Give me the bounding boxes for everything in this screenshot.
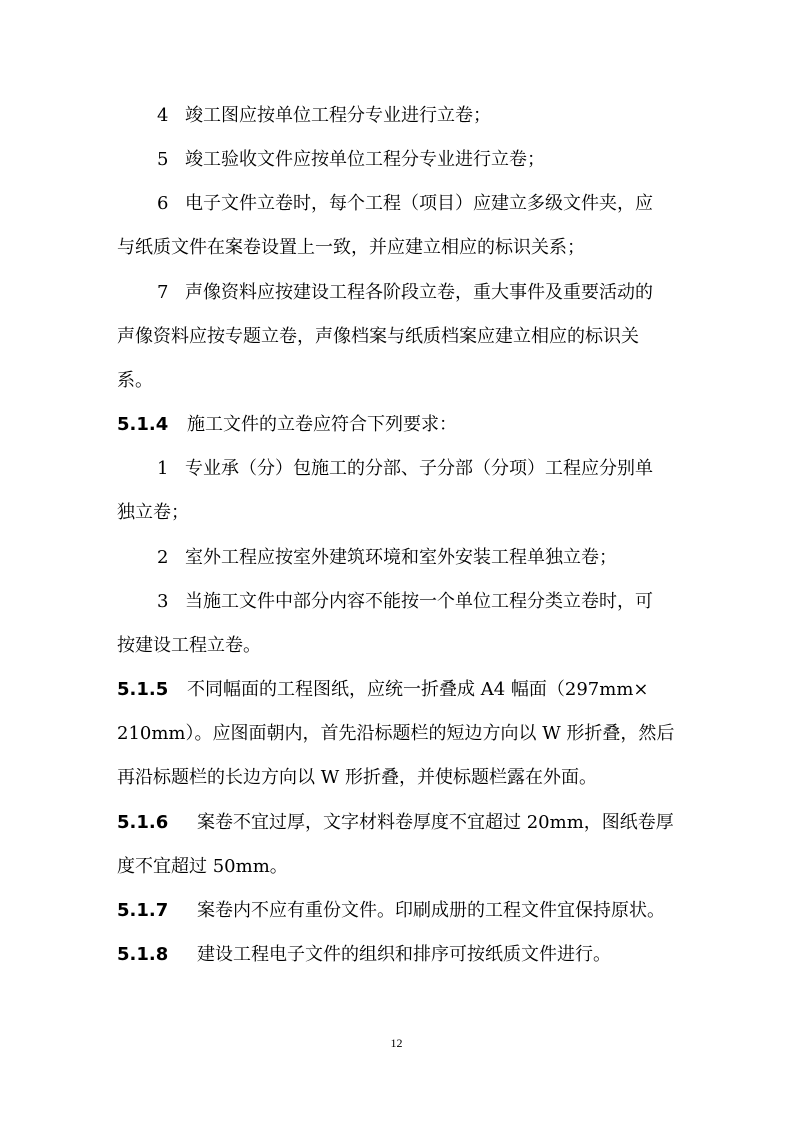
- item-number: 6: [157, 192, 185, 216]
- list-item-6-cont: 与纸质文件在案卷设置上一致，并应建立相应的标识关系；: [117, 236, 585, 260]
- item-text: 竣工验收文件应按单位工程分专业进行立卷；: [185, 149, 545, 170]
- section-5-1-6: 5.1.6案卷不宜过厚，文字材料卷厚度不宜超过 20mm，图纸卷厚: [117, 811, 674, 835]
- list-item-1: 1专业承（分）包施工的分部、子分部（分项）工程应分别单: [157, 457, 653, 481]
- list-item-6: 6电子文件立卷时，每个工程（项目）应建立多级文件夹，应: [157, 192, 653, 216]
- list-item-4: 4竣工图应按单位工程分专业进行立卷；: [157, 104, 491, 128]
- list-item-7-cont: 声像资料应按专题立卷，声像档案与纸质档案应建立相应的标识关: [117, 325, 639, 349]
- section-text: 不同幅面的工程图纸，应统一折叠成 A4 幅面（297mm×: [187, 679, 648, 700]
- item-text: 专业承（分）包施工的分部、子分部（分项）工程应分别单: [185, 458, 653, 479]
- section-text: 建设工程电子文件的组织和排序可按纸质文件进行。: [197, 944, 611, 965]
- item-text: 声像资料应按建设工程各阶段立卷，重大事件及重要活动的: [185, 282, 653, 303]
- list-item-3: 3当施工文件中部分内容不能按一个单位工程分类立卷时，可: [157, 590, 653, 614]
- section-text: 施工文件的立卷应符合下列要求：: [187, 414, 457, 435]
- item-text: 竣工图应按单位工程分专业进行立卷；: [185, 105, 491, 126]
- section-5-1-7: 5.1.7案卷内不应有重份文件。印刷成册的工程文件宜保持原状。: [117, 899, 665, 923]
- section-text: 案卷内不应有重份文件。印刷成册的工程文件宜保持原状。: [197, 900, 665, 921]
- item-text: 室外工程应按室外建筑环境和室外安装工程单独立卷；: [185, 547, 617, 568]
- section-5-1-4: 5.1.4施工文件的立卷应符合下列要求：: [117, 413, 457, 437]
- section-number: 5.1.5: [117, 678, 187, 702]
- section-5-1-6-line2: 度不宜超过 50mm。: [117, 855, 288, 879]
- section-5-1-5-line2: 210mm）。应图面朝内，首先沿标题栏的短边方向以 W 形折叠，然后: [117, 722, 674, 746]
- section-5-1-8: 5.1.8建设工程电子文件的组织和排序可按纸质文件进行。: [117, 943, 611, 967]
- list-item-5: 5竣工验收文件应按单位工程分专业进行立卷；: [157, 148, 545, 172]
- item-text: 当施工文件中部分内容不能按一个单位工程分类立卷时，可: [185, 591, 653, 612]
- section-number: 5.1.8: [117, 943, 197, 967]
- section-number: 5.1.6: [117, 811, 197, 835]
- list-item-7: 7声像资料应按建设工程各阶段立卷，重大事件及重要活动的: [157, 281, 653, 305]
- section-5-1-5-line3: 再沿标题栏的长边方向以 W 形折叠，并使标题栏露在外面。: [117, 766, 597, 790]
- item-text: 电子文件立卷时，每个工程（项目）应建立多级文件夹，应: [185, 193, 653, 214]
- item-number: 3: [157, 590, 185, 614]
- section-number: 5.1.7: [117, 899, 197, 923]
- item-number: 2: [157, 546, 185, 570]
- page-number: 12: [0, 1036, 793, 1051]
- list-item-3-cont: 按建设工程立卷。: [117, 634, 261, 658]
- list-item-1-cont: 独立卷；: [117, 501, 189, 525]
- item-number: 7: [157, 281, 185, 305]
- item-number: 4: [157, 104, 185, 128]
- list-item-7-cont2: 系。: [117, 369, 153, 393]
- item-number: 1: [157, 457, 185, 481]
- item-number: 5: [157, 148, 185, 172]
- section-5-1-5: 5.1.5不同幅面的工程图纸，应统一折叠成 A4 幅面（297mm×: [117, 678, 648, 702]
- section-text: 案卷不宜过厚，文字材料卷厚度不宜超过 20mm，图纸卷厚: [197, 812, 674, 833]
- section-number: 5.1.4: [117, 413, 187, 437]
- list-item-2: 2室外工程应按室外建筑环境和室外安装工程单独立卷；: [157, 546, 617, 570]
